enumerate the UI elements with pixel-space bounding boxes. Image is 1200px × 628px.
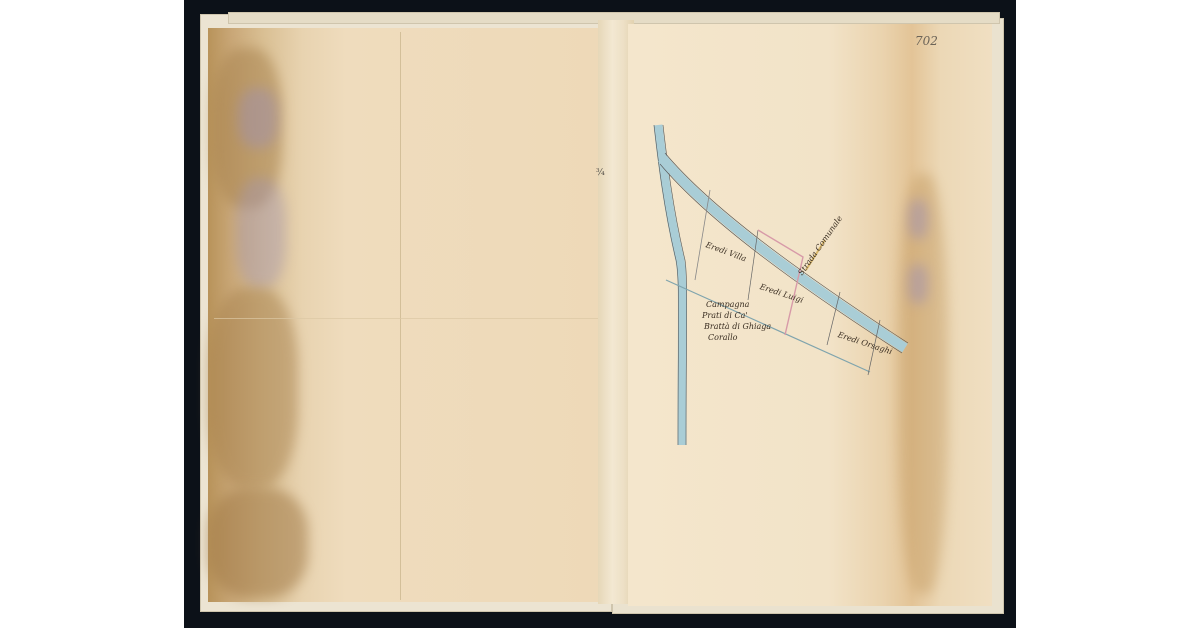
river-map-drawing [640,120,920,450]
left-page [208,28,602,602]
map-note-line-3: Brattà di Ghiaga [704,322,771,331]
fold-line-horizontal [214,318,600,319]
water-stain [208,488,308,598]
water-stain-violet [236,178,286,288]
page-number: 702 [915,34,938,48]
water-stain-violet [238,88,278,148]
map-note-line-1: Campagna [706,300,749,309]
fold-line-vertical [400,32,401,600]
gutter-mark: ¾ [596,168,605,178]
map-note-line-4: Corallo [708,333,737,342]
map-note-line-2: Prati di Ca' [702,311,748,320]
